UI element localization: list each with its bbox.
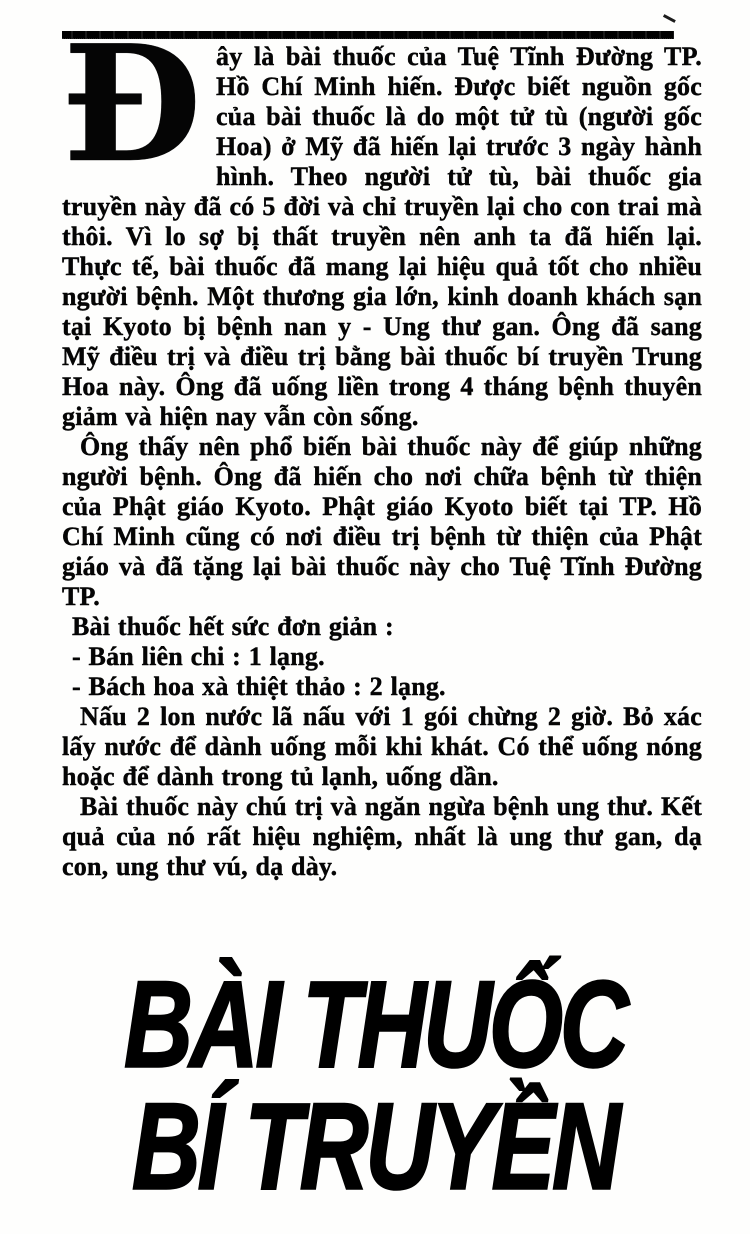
ingredient-line-2: - Bách hoa xà thiệt thảo : 2 lạng.	[62, 672, 702, 702]
article-body: Đây là bài thuốc của Tuệ Tĩnh Đường TP. …	[62, 42, 702, 882]
scan-artifact-mark	[663, 14, 676, 22]
headline: BÀI THUỐC BÍ TRUYỀN	[0, 962, 750, 1206]
paragraph-recipe-intro: Bài thuốc hết sức đơn giản :	[62, 612, 702, 642]
scanned-article-page: Đây là bài thuốc của Tuệ Tĩnh Đường TP. …	[0, 0, 750, 1234]
ingredient-line-1: - Bán liên chi : 1 lạng.	[62, 642, 702, 672]
drop-cap-letter: Đ	[62, 42, 216, 166]
paragraph-indication: Bài thuốc này chú trị và ngăn ngừa bệnh …	[62, 792, 702, 882]
paragraph-preparation: Nấu 2 lon nước lã nấu với 1 gói chừng 2 …	[62, 702, 702, 792]
paragraph-donation: Ông thấy nên phổ biến bài thuốc này để g…	[62, 432, 702, 612]
headline-line-1: BÀI THUỐC	[0, 962, 750, 1084]
headline-line-2: BÍ TRUYỀN	[0, 1084, 750, 1206]
paragraph-intro: Đây là bài thuốc của Tuệ Tĩnh Đường TP. …	[62, 42, 702, 432]
